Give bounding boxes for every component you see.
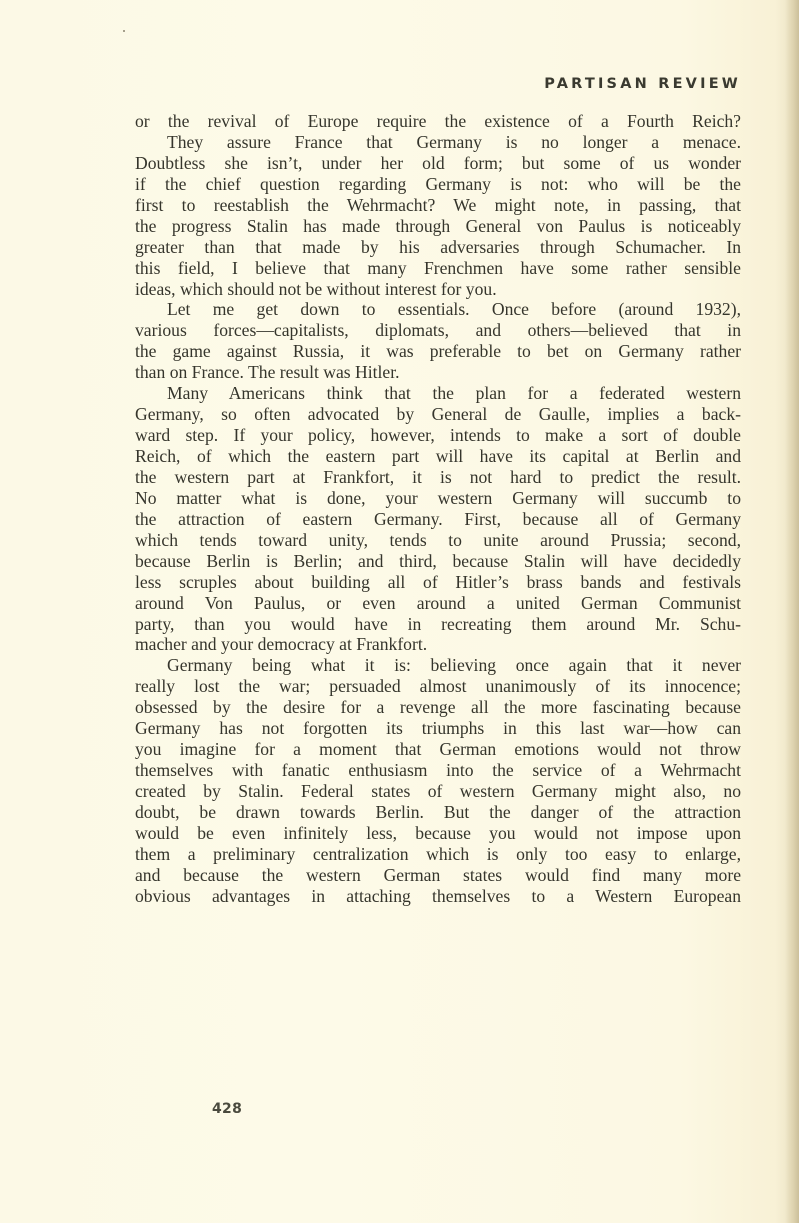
text-line: and because the western German states wo…	[135, 865, 741, 886]
page-number: 428	[212, 1101, 242, 1117]
text-line: Doubtless she isn’t, under her old form;…	[135, 153, 741, 174]
text-line: you imagine for a moment that German emo…	[135, 739, 741, 760]
text-line: if the chief question regarding Germany …	[135, 174, 741, 195]
body-text: or the revival of Europe require the exi…	[135, 111, 741, 907]
text-line: themselves with fanatic enthusiasm into …	[135, 760, 741, 781]
text-line: the attraction of eastern Germany. First…	[135, 509, 741, 530]
book-page: PARTISAN REVIEW or the revival of Europe…	[0, 0, 799, 1223]
text-line: Germany being what it is: believing once…	[135, 655, 741, 676]
text-line: greater than that made by his adversarie…	[135, 237, 741, 258]
text-line: Germany, so often advocated by General d…	[135, 404, 741, 425]
text-line: obvious advantages in attaching themselv…	[135, 886, 741, 907]
text-line: the progress Stalin has made through Gen…	[135, 216, 741, 237]
text-line: created by Stalin. Federal states of wes…	[135, 781, 741, 802]
running-head: PARTISAN REVIEW	[535, 76, 741, 92]
text-line: obsessed by the desire for a revenge all…	[135, 697, 741, 718]
text-line: doubt, be drawn towards Berlin. But the …	[135, 802, 741, 823]
text-line: ward step. If your policy, however, inte…	[135, 425, 741, 446]
text-line: the western part at Frankfort, it is not…	[135, 467, 741, 488]
text-line: ideas, which should not be without inter…	[135, 279, 741, 300]
text-line: Germany has not forgotten its triumphs i…	[135, 718, 741, 739]
page-edge-shadow	[785, 0, 799, 1223]
text-line: Let me get down to essentials. Once befo…	[135, 299, 741, 320]
text-line: really lost the war; persuaded almost un…	[135, 676, 741, 697]
text-line: less scruples about building all of Hitl…	[135, 572, 741, 593]
text-line: various forces—capitalists, diplomats, a…	[135, 320, 741, 341]
text-line: They assure France that Germany is no lo…	[135, 132, 741, 153]
text-line: Many Americans think that the plan for a…	[135, 383, 741, 404]
text-line: party, than you would have in recreating…	[135, 614, 741, 635]
text-line: them a preliminary centralization which …	[135, 844, 741, 865]
text-line: around Von Paulus, or even around a unit…	[135, 593, 741, 614]
text-line: macher and your democracy at Frankfort.	[135, 634, 741, 655]
text-line: No matter what is done, your western Ger…	[135, 488, 741, 509]
text-line: the game against Russia, it was preferab…	[135, 341, 741, 362]
text-line: or the revival of Europe require the exi…	[135, 111, 741, 132]
text-line: than on France. The result was Hitler.	[135, 362, 741, 383]
text-line: which tends toward unity, tends to unite…	[135, 530, 741, 551]
text-line: this field, I believe that many Frenchme…	[135, 258, 741, 279]
text-line: Reich, of which the eastern part will ha…	[135, 446, 741, 467]
text-line: because Berlin is Berlin; and third, bec…	[135, 551, 741, 572]
text-line: would be even infinitely less, because y…	[135, 823, 741, 844]
paper-speck	[123, 30, 125, 32]
text-line: first to reestablish the Wehrmacht? We m…	[135, 195, 741, 216]
